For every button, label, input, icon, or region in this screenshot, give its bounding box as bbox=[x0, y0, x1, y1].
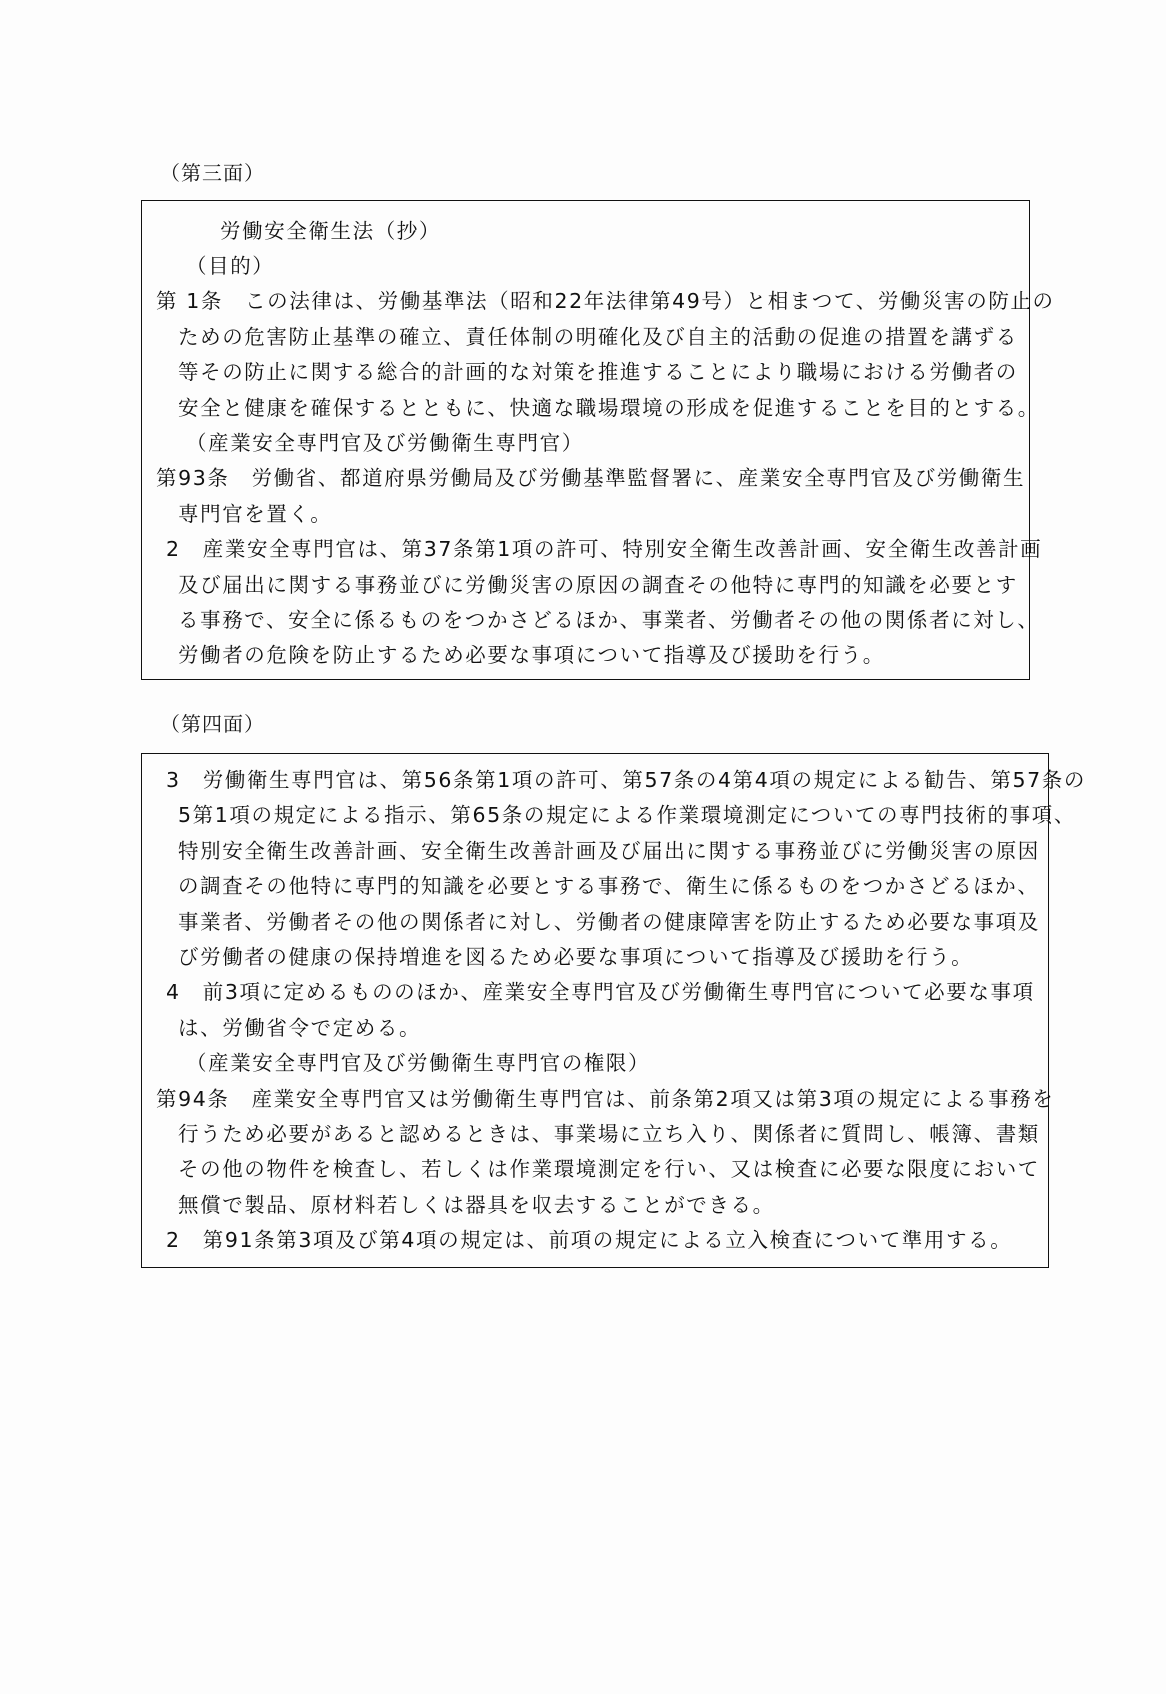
text-line: 安全と健康を確保するとともに、快適な職場環境の形成を促進することを目的とする。 bbox=[178, 396, 1040, 420]
text-line: その他の物件を検査し、若しくは作業環境測定を行い、又は検査に必要な限度において bbox=[178, 1157, 1040, 1181]
text-line: 専門官を置く。 bbox=[178, 502, 332, 526]
text-line: 4 前3項に定めるもののほか、産業安全専門官及び労働衛生専門官について必要な事項 bbox=[166, 980, 1035, 1004]
text-line: の調査その他特に専門的知識を必要とする事務で、衛生に係るものをつかさどるほか、 bbox=[178, 874, 1040, 898]
text-line: （産業安全専門官及び労働衛生専門官の権限） bbox=[186, 1051, 650, 1075]
text-line: 等その防止に関する総合的計画的な対策を推進することにより職場における労働者の bbox=[178, 360, 1018, 384]
text-line: る事務で、安全に係るものをつかさどるほか、事業者、労働者その他の関係者に対し、 bbox=[178, 608, 1040, 632]
text-line: 2 第91条第3項及び第4項の規定は、前項の規定による立入検査について準用する。 bbox=[166, 1228, 1012, 1252]
text-line: 特別安全衛生改善計画、安全衛生改善計画及び届出に関する事務並びに労働災害の原因 bbox=[178, 839, 1040, 863]
text-line: 及び届出に関する事務並びに労働災害の原因の調査その他特に専門的知識を必要とす bbox=[178, 573, 1018, 597]
face-4-label: （第四面） bbox=[160, 708, 265, 737]
text-line: 第 1条 この法律は、労働基準法（昭和22年法律第49号）と相まつて、労働災害の… bbox=[156, 289, 1055, 313]
text-line: ための危害防止基準の確立、責任体制の明確化及び自主的活動の促進の措置を講ずる bbox=[178, 325, 1018, 349]
law-excerpt-box-2: 3 労働衛生専門官は、第56条第1項の許可、第57条の4第4項の規定による勧告、… bbox=[141, 753, 1049, 1268]
face-3-label: （第三面） bbox=[160, 157, 265, 186]
law-title: 労働安全衛生法（抄） bbox=[220, 219, 441, 243]
text-line: 行うため必要があると認めるときは、事業場に立ち入り、関係者に質問し、帳簿、書類 bbox=[178, 1122, 1040, 1146]
text-line: 無償で製品、原材料若しくは器具を収去することができる。 bbox=[178, 1193, 775, 1217]
text-line: 5第1項の規定による指示、第65条の規定による作業環境測定についての専門技術的事… bbox=[178, 803, 1076, 827]
text-line: び労働者の健康の保持増進を図るため必要な事項について指導及び援助を行う。 bbox=[178, 945, 973, 969]
text-line: 第94条 産業安全専門官又は労働衛生専門官は、前条第2項又は第3項の規定による事… bbox=[156, 1087, 1054, 1111]
text-line: は、労働省令で定める。 bbox=[178, 1016, 421, 1040]
law-excerpt-box-1: 労働安全衛生法（抄） （目的）第 1条 この法律は、労働基準法（昭和22年法律第… bbox=[141, 200, 1030, 680]
text-line: （産業安全専門官及び労働衛生専門官） bbox=[186, 431, 584, 455]
text-line: （目的） bbox=[186, 254, 274, 278]
text-line: 2 産業安全専門官は、第37条第1項の許可、特別安全衛生改善計画、安全衛生改善計… bbox=[166, 537, 1042, 561]
text-line: 労働者の危険を防止するため必要な事項について指導及び援助を行う。 bbox=[178, 643, 885, 667]
text-line: 事業者、労働者その他の関係者に対し、労働者の健康障害を防止するため必要な事項及 bbox=[178, 910, 1040, 934]
text-line: 第93条 労働省、都道府県労働局及び労働基準監督署に、産業安全専門官及び労働衛生 bbox=[156, 466, 1025, 490]
text-line: 3 労働衛生専門官は、第56条第1項の許可、第57条の4第4項の規定による勧告、… bbox=[166, 768, 1086, 792]
